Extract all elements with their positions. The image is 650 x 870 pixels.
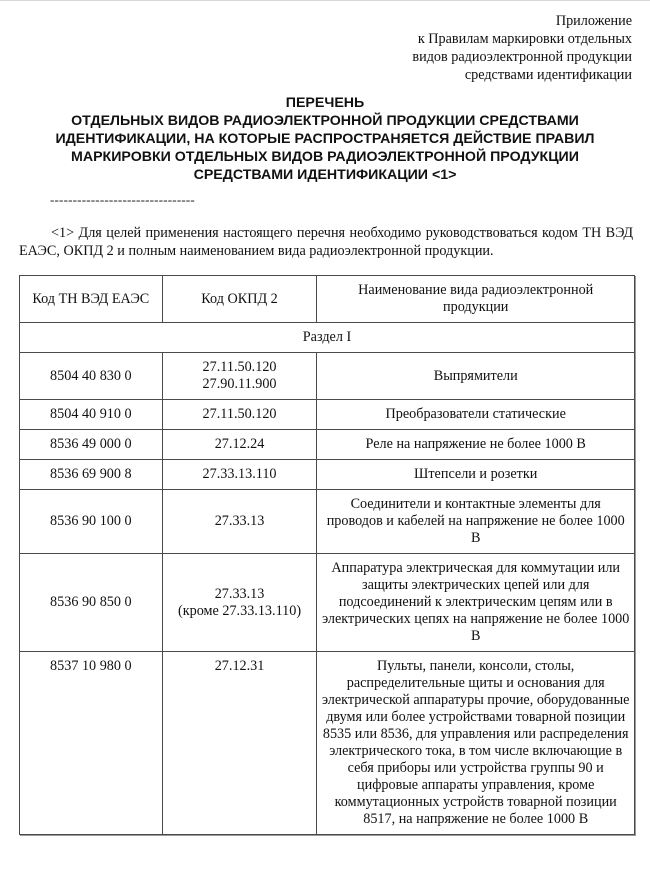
cell-okpd: 27.11.50.12027.90.11.900 (162, 353, 317, 400)
cell-tnved: 8536 49 000 0 (20, 430, 163, 460)
okpd-code: 27.11.50.120 (167, 406, 313, 423)
appendix-line: к Правилам маркировки отдельных (412, 30, 632, 48)
header-okpd: Код ОКПД 2 (162, 276, 317, 323)
okpd-code: 27.11.50.120 (167, 359, 313, 376)
okpd-code: 27.90.11.900 (167, 376, 313, 393)
title-line: ИДЕНТИФИКАЦИИ, НА КОТОРЫЕ РАСПРОСТРАНЯЕТ… (20, 130, 630, 148)
okpd-code: 27.33.13 (167, 513, 313, 530)
section-row: Раздел I (20, 323, 635, 353)
document-title: ПЕРЕЧЕНЬ ОТДЕЛЬНЫХ ВИДОВ РАДИОЭЛЕКТРОННО… (20, 94, 630, 184)
okpd-code: 27.12.24 (167, 436, 313, 453)
okpd-code: 27.33.13 (167, 586, 313, 603)
appendix-line: средствами идентификации (412, 66, 632, 84)
product-list-table: Код ТН ВЭД ЕАЭС Код ОКПД 2 Наименование … (19, 275, 635, 835)
table-row: 8536 90 100 027.33.13Соединители и конта… (20, 490, 635, 554)
section-title: Раздел I (20, 323, 635, 353)
table-row: 8504 40 910 027.11.50.120Преобразователи… (20, 400, 635, 430)
table-row: 8537 10 980 027.12.31Пульты, панели, кон… (20, 652, 635, 835)
cell-okpd: 27.12.31 (162, 652, 317, 835)
table-row: 8536 90 850 027.33.13(кроме 27.33.13.110… (20, 554, 635, 652)
cell-product-name: Реле на напряжение не более 1000 В (317, 430, 635, 460)
cell-product-name: Аппаратура электрическая для коммутации … (317, 554, 635, 652)
title-line: ОТДЕЛЬНЫХ ВИДОВ РАДИОЭЛЕКТРОННОЙ ПРОДУКЦ… (20, 112, 630, 130)
cell-okpd: 27.11.50.120 (162, 400, 317, 430)
cell-okpd: 27.33.13.110 (162, 460, 317, 490)
cell-tnved: 8536 90 100 0 (20, 490, 163, 554)
cell-tnved: 8536 69 900 8 (20, 460, 163, 490)
title-line: МАРКИРОВКИ ОТДЕЛЬНЫХ ВИДОВ РАДИОЭЛЕКТРОН… (20, 148, 630, 166)
cell-okpd: 27.33.13 (162, 490, 317, 554)
cell-okpd: 27.33.13(кроме 27.33.13.110) (162, 554, 317, 652)
cell-product-name: Преобразователи статические (317, 400, 635, 430)
okpd-code: 27.33.13.110 (167, 466, 313, 483)
cell-product-name: Выпрямители (317, 353, 635, 400)
cell-product-name: Соединители и контактные элементы для пр… (317, 490, 635, 554)
appendix-header: Приложение к Правилам маркировки отдельн… (412, 12, 632, 84)
footnote: <1> Для целей применения настоящего пере… (19, 224, 633, 260)
cell-tnved: 8536 90 850 0 (20, 554, 163, 652)
header-name: Наименование вида радиоэлектронной проду… (317, 276, 635, 323)
title-line: СРЕДСТВАМИ ИДЕНТИФИКАЦИИ <1> (20, 166, 630, 184)
appendix-line: Приложение (412, 12, 632, 30)
footnote-separator: -------------------------------- (50, 192, 195, 208)
cell-product-name: Штепсели и розетки (317, 460, 635, 490)
header-tnved: Код ТН ВЭД ЕАЭС (20, 276, 163, 323)
table-row: 8536 69 900 827.33.13.110Штепсели и розе… (20, 460, 635, 490)
cell-tnved: 8504 40 910 0 (20, 400, 163, 430)
table-header-row: Код ТН ВЭД ЕАЭС Код ОКПД 2 Наименование … (20, 276, 635, 323)
okpd-code: 27.12.31 (167, 658, 313, 675)
okpd-code: (кроме 27.33.13.110) (167, 603, 313, 620)
cell-okpd: 27.12.24 (162, 430, 317, 460)
title-line: ПЕРЕЧЕНЬ (20, 94, 630, 112)
cell-tnved: 8504 40 830 0 (20, 353, 163, 400)
cell-product-name: Пульты, панели, консоли, столы, распреде… (317, 652, 635, 835)
viewer-top-border (0, 0, 650, 1)
appendix-line: видов радиоэлектронной продукции (412, 48, 632, 66)
table-row: 8536 49 000 027.12.24Реле на напряжение … (20, 430, 635, 460)
cell-tnved: 8537 10 980 0 (20, 652, 163, 835)
table-row: 8504 40 830 027.11.50.12027.90.11.900Вып… (20, 353, 635, 400)
